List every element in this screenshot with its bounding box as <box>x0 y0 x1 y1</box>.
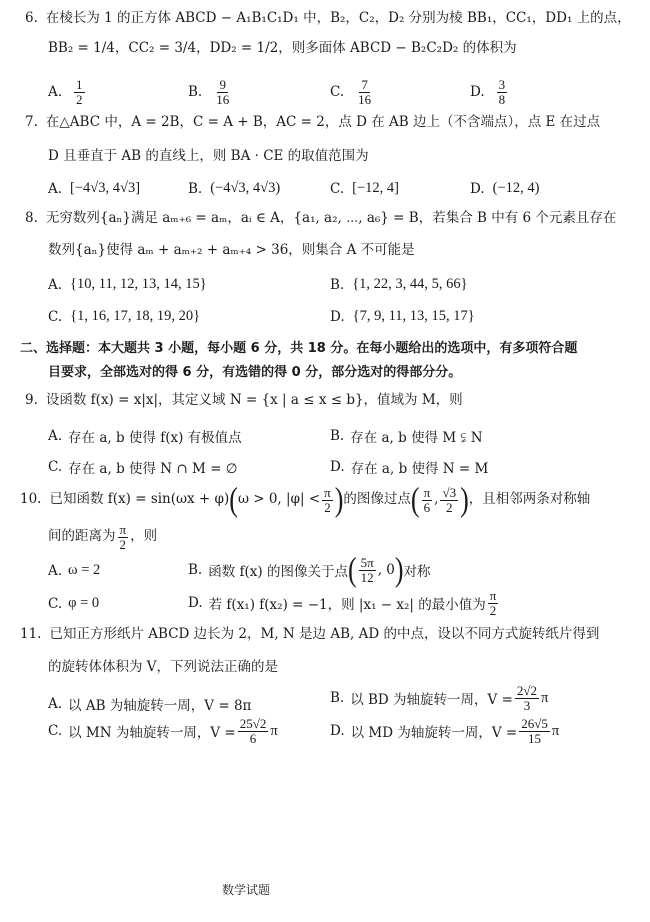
fraction: 5π12 <box>359 556 376 584</box>
fraction: π2 <box>118 523 129 551</box>
question-8-line2: 数列{aₙ}使得 aₘ + aₘ₊₂ + aₘ₊₄ > 36，则集合 A 不可能… <box>48 244 415 258</box>
paren-right: ) <box>460 483 469 517</box>
option-9c: C. 存在 a, b 使得 N ∩ M = ∅ <box>48 457 237 477</box>
option-6a: A. 12 <box>48 78 87 106</box>
option-9d: D. 存在 a, b 使得 N = M <box>330 457 488 477</box>
option-10a: A. ω = 2 <box>48 562 100 579</box>
option-7c: C. [−12, 4] <box>330 180 399 197</box>
option-7a: A. [−4√3, 4√3] <box>48 180 140 197</box>
question-8-line1: 8. 无穷数列{aₙ}满足 aₘ₊₆ = aₘ，aᵢ ∈ A，{a₁, a₂, … <box>25 212 616 226</box>
question-number: 6. <box>25 12 38 26</box>
option-7d: D. (−12, 4) <box>470 180 539 197</box>
question-10-line1: 10. 已知函数 f(x) = sin(ωx + φ) ( ω > 0, |φ|… <box>20 483 590 517</box>
option-8d: D. {7, 9, 11, 13, 15, 17} <box>330 308 475 325</box>
fraction: π2 <box>488 589 499 617</box>
question-7-line1: 7. 在△ABC 中，A = 2B，C = A + B，AC = 2，点 D 在… <box>25 116 600 130</box>
fraction: 12 <box>74 78 85 106</box>
option-10b: B. 函数 f(x) 的图像关于点 ( 5π12 , 0 ) 对称 <box>188 555 431 585</box>
section-heading-line1: 二、选择题：本大题共 3 小题，每小题 6 分，共 18 分。在每小题给出的选项… <box>20 342 577 355</box>
option-9b: B. 存在 a, b 使得 M ⫋ N <box>330 426 483 446</box>
question-10-line2: 间的距离为 π2 ，则 <box>48 522 157 552</box>
fraction: 2√23 <box>515 684 539 712</box>
option-7b: B. (−4√3, 4√3) <box>188 180 280 197</box>
paren-left: ( <box>348 553 357 587</box>
fraction: √32 <box>440 486 458 514</box>
fraction: 26√515 <box>519 717 550 745</box>
paren-left: ( <box>229 483 238 517</box>
option-11a: A. 以 AB 为轴旋转一周，V = 8π <box>48 694 251 714</box>
question-text: 在棱长为 1 的正方体 ABCD − A₁B₁C₁D₁ 中，B₂，C₂，D₂ 分… <box>46 12 631 26</box>
fraction: π6 <box>422 486 433 514</box>
option-11d: D. 以 MD 为轴旋转一周，V = 26√515 π <box>330 716 559 746</box>
option-6d: D. 38 <box>470 78 509 106</box>
option-11c: C. 以 MN 为轴旋转一周，V = 25√26 π <box>48 716 278 746</box>
fraction: 716 <box>356 78 373 106</box>
fraction: 38 <box>497 78 508 106</box>
question-6-line2: BB₂ = 1/4，CC₂ = 3/4，DD₂ = 1/2，则多面体 ABCD … <box>48 42 517 56</box>
option-8c: C. {1, 16, 17, 18, 19, 20} <box>48 308 200 325</box>
page-footer: 数学试题 <box>222 881 270 898</box>
question-text: BB₂ = 1/4，CC₂ = 3/4，DD₂ = 1/2，则多面体 ABCD … <box>48 42 517 56</box>
fraction: 916 <box>214 78 231 106</box>
question-7-line2: D 且垂直于 AB 的直线上，则 BA · CE 的取值范围为 <box>48 150 369 164</box>
option-8a: A. {10, 11, 12, 13, 14, 15} <box>48 276 207 293</box>
fraction: π2 <box>322 486 333 514</box>
option-11b: B. 以 BD 为轴旋转一周，V = 2√23 π <box>330 683 548 713</box>
fraction: 25√26 <box>238 717 269 745</box>
question-11-line1: 11. 已知正方形纸片 ABCD 边长为 2，M, N 是边 AB, AD 的中… <box>20 628 599 642</box>
paren-right: ) <box>395 553 404 587</box>
section-heading-line2: 目要求，全部选对的得 6 分，有选错的得 0 分，部分选对的得部分分。 <box>48 366 461 379</box>
option-10c: C. φ = 0 <box>48 595 99 612</box>
paren-left: ( <box>411 483 420 517</box>
option-9a: A. 存在 a, b 使得 f(x) 有极值点 <box>48 426 242 446</box>
option-6b: B. 916 <box>188 78 233 106</box>
question-11-line2: 的旋转体体积为 V，下列说法正确的是 <box>48 661 278 675</box>
question-9-line1: 9. 设函数 f(x) = x|x|，其定义域 N = {x | a ≤ x ≤… <box>25 394 463 408</box>
option-10d: D. 若 f(x₁) f(x₂) = −1，则 |x₁ − x₂| 的最小值为 … <box>188 588 500 618</box>
paren-right: ) <box>335 483 344 517</box>
option-6c: C. 716 <box>330 78 375 106</box>
question-6-line1: 6. 在棱长为 1 的正方体 ABCD − A₁B₁C₁D₁ 中，B₂，C₂，D… <box>25 12 631 26</box>
option-8b: B. {1, 22, 3, 44, 5, 66} <box>330 276 468 293</box>
